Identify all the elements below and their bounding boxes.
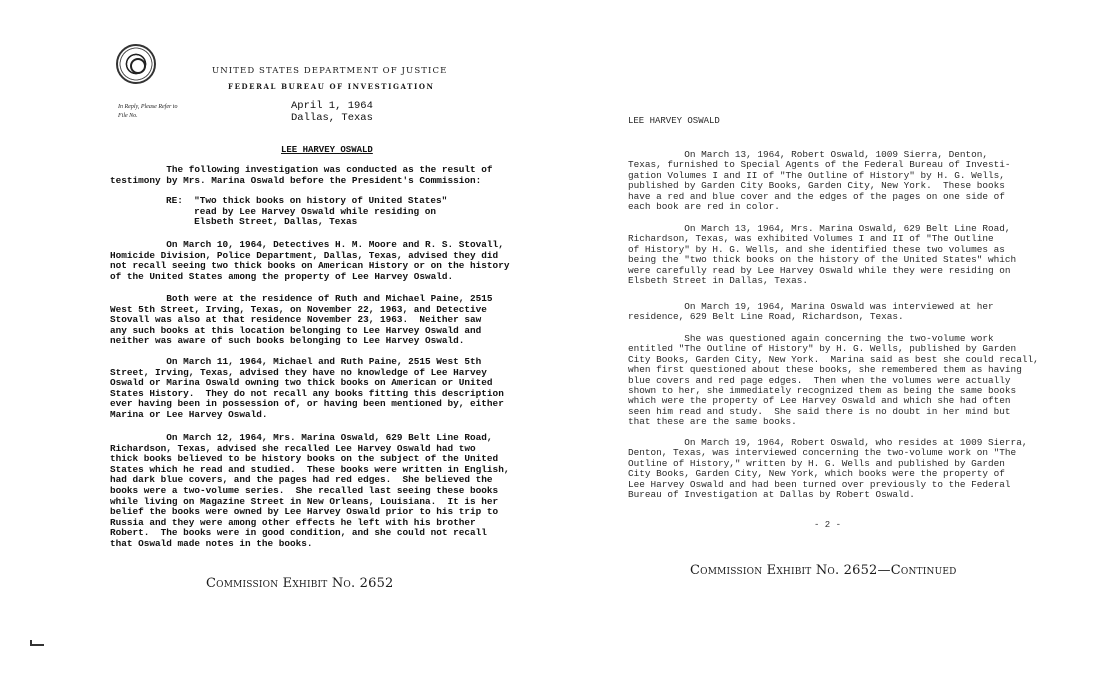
paragraph-paine-residence: Both were at the residence of Ruth and M…: [110, 294, 493, 347]
paragraph-march-13-robert: On March 13, 1964, Robert Oswald, 1009 S…: [628, 150, 1011, 212]
page-header-title: LEE HARVEY OSWALD: [628, 116, 720, 126]
memo-location: Dallas, Texas: [291, 112, 373, 124]
scan-mark: [30, 640, 44, 646]
document-page-1: UNITED STATES DEPARTMENT OF JUSTICE FEDE…: [0, 0, 547, 691]
paragraph-questioned-again: She was questioned again concerning the …: [628, 334, 1039, 428]
reply-reference-note: In Reply, Please Refer to File No.: [118, 103, 218, 121]
paragraph-march-19-interview: On March 19, 1964, Marina Oswald was int…: [628, 302, 994, 323]
page-number: - 2 -: [814, 520, 841, 530]
paragraph-march-11: On March 11, 1964, Michael and Ruth Pain…: [110, 357, 504, 421]
paragraph-march-13-marina: On March 13, 1964, Mrs. Marina Oswald, 6…: [628, 224, 1016, 286]
agency-name: UNITED STATES DEPARTMENT OF JUSTICE: [212, 66, 447, 76]
date-block: April 1, 1964 Dallas, Texas: [291, 100, 373, 124]
bureau-name: FEDERAL BUREAU OF INVESTIGATION: [228, 82, 435, 91]
document-page-2: LEE HARVEY OSWALD On March 13, 1964, Rob…: [547, 0, 1094, 691]
paragraph-march-19-robert: On March 19, 1964, Robert Oswald, who re…: [628, 438, 1027, 500]
memo-date: April 1, 1964: [291, 100, 373, 112]
exhibit-caption-continued: Commission Exhibit No. 2652—Continued: [690, 563, 957, 578]
paragraph-re: RE: "Two thick books on history of Unite…: [166, 196, 447, 228]
paragraph-march-12: On March 12, 1964, Mrs. Marina Oswald, 6…: [110, 433, 509, 550]
memo-title: LEE HARVEY OSWALD: [281, 145, 373, 155]
file-number-label: File No.: [118, 112, 218, 121]
reply-note-line: In Reply, Please Refer to: [118, 103, 218, 112]
fbi-seal-icon: [116, 44, 156, 84]
paragraph-march-10: On March 10, 1964, Detectives H. M. Moor…: [110, 240, 509, 282]
paragraph-intro: The following investigation was conducte…: [110, 165, 493, 186]
exhibit-caption: Commission Exhibit No. 2652: [206, 576, 394, 591]
